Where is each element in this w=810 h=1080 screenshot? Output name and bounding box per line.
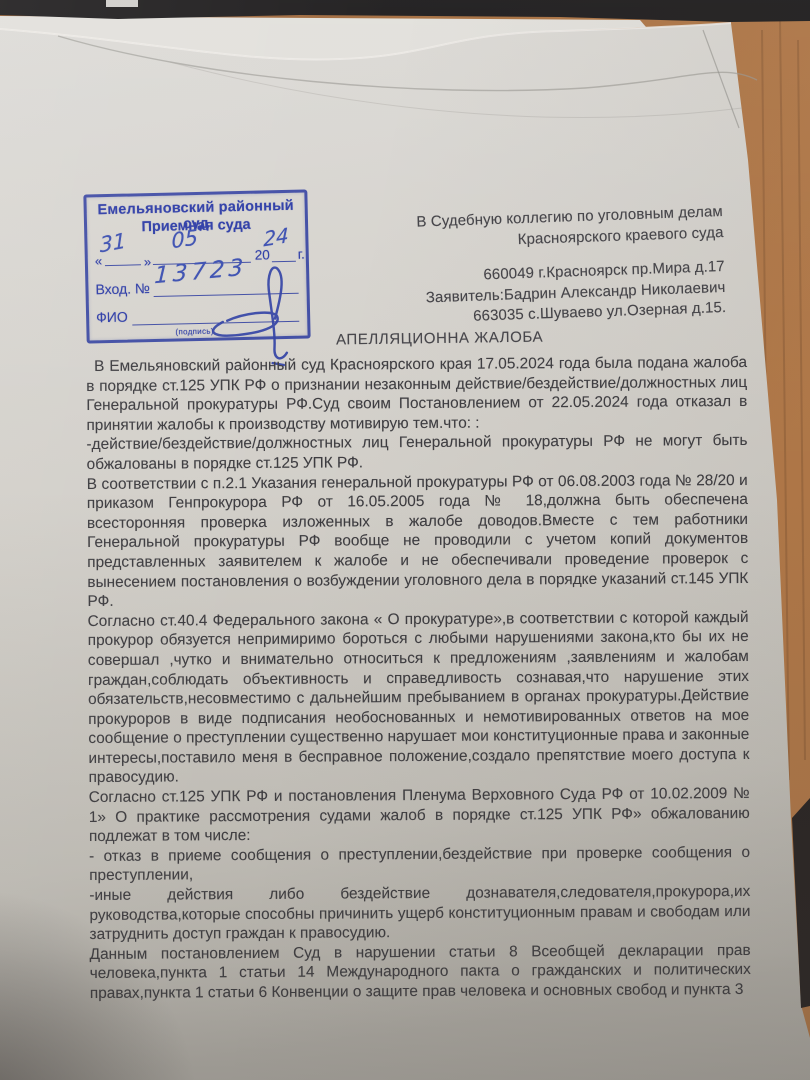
- body-paragraph: В соответствии с п.2.1 Указания генераль…: [87, 471, 749, 612]
- body-paragraph: -действие/бездействие/должностных лиц Ге…: [86, 431, 747, 474]
- body-paragraph: Согласно ст.40.4 Федерального закона « О…: [88, 608, 750, 788]
- recipient-block: В Судебную коллегию по уголовным делам К…: [416, 202, 726, 329]
- stamp-fio-label: ФИО: [96, 309, 128, 326]
- signature-scrawl: [206, 265, 308, 367]
- body-paragraph: Данным постановлением Суд в нарушении ст…: [90, 941, 751, 1004]
- stamp-entry-label: Вход. №: [95, 280, 150, 297]
- handwritten-day: 31: [99, 228, 126, 257]
- court-intake-stamp: Емельяновский районный суд Приемная суда…: [83, 189, 310, 343]
- document-title: АПЕЛЛЯЦИОННА ЖАЛОБА: [336, 329, 543, 349]
- stamp-close-quote: »: [144, 254, 152, 269]
- body-paragraph: Согласно ст.125 УПК РФ и постановления П…: [89, 784, 750, 847]
- claimant-address-block: 660049 г.Красноярск пр.Мира д.17 Заявите…: [418, 257, 726, 329]
- stamp-year-suffix: г.: [298, 247, 305, 262]
- body-paragraph: - отказ в приеме сообщения о преступлени…: [89, 843, 750, 886]
- handwritten-year: 24: [263, 223, 288, 251]
- body-paragraph: В Емельяновский районный суд Красноярско…: [86, 353, 747, 435]
- handwritten-month: 05: [171, 225, 198, 253]
- document-body: В Емельяновский районный суд Красноярско…: [86, 353, 751, 1004]
- document-page: Емельяновский районный суд Приемная суда…: [0, 0, 810, 1080]
- photo-of-court-appeal-document: Емельяновский районный суд Приемная суда…: [0, 0, 810, 1080]
- body-paragraph: -иные действия либо бездействие дознават…: [89, 882, 750, 945]
